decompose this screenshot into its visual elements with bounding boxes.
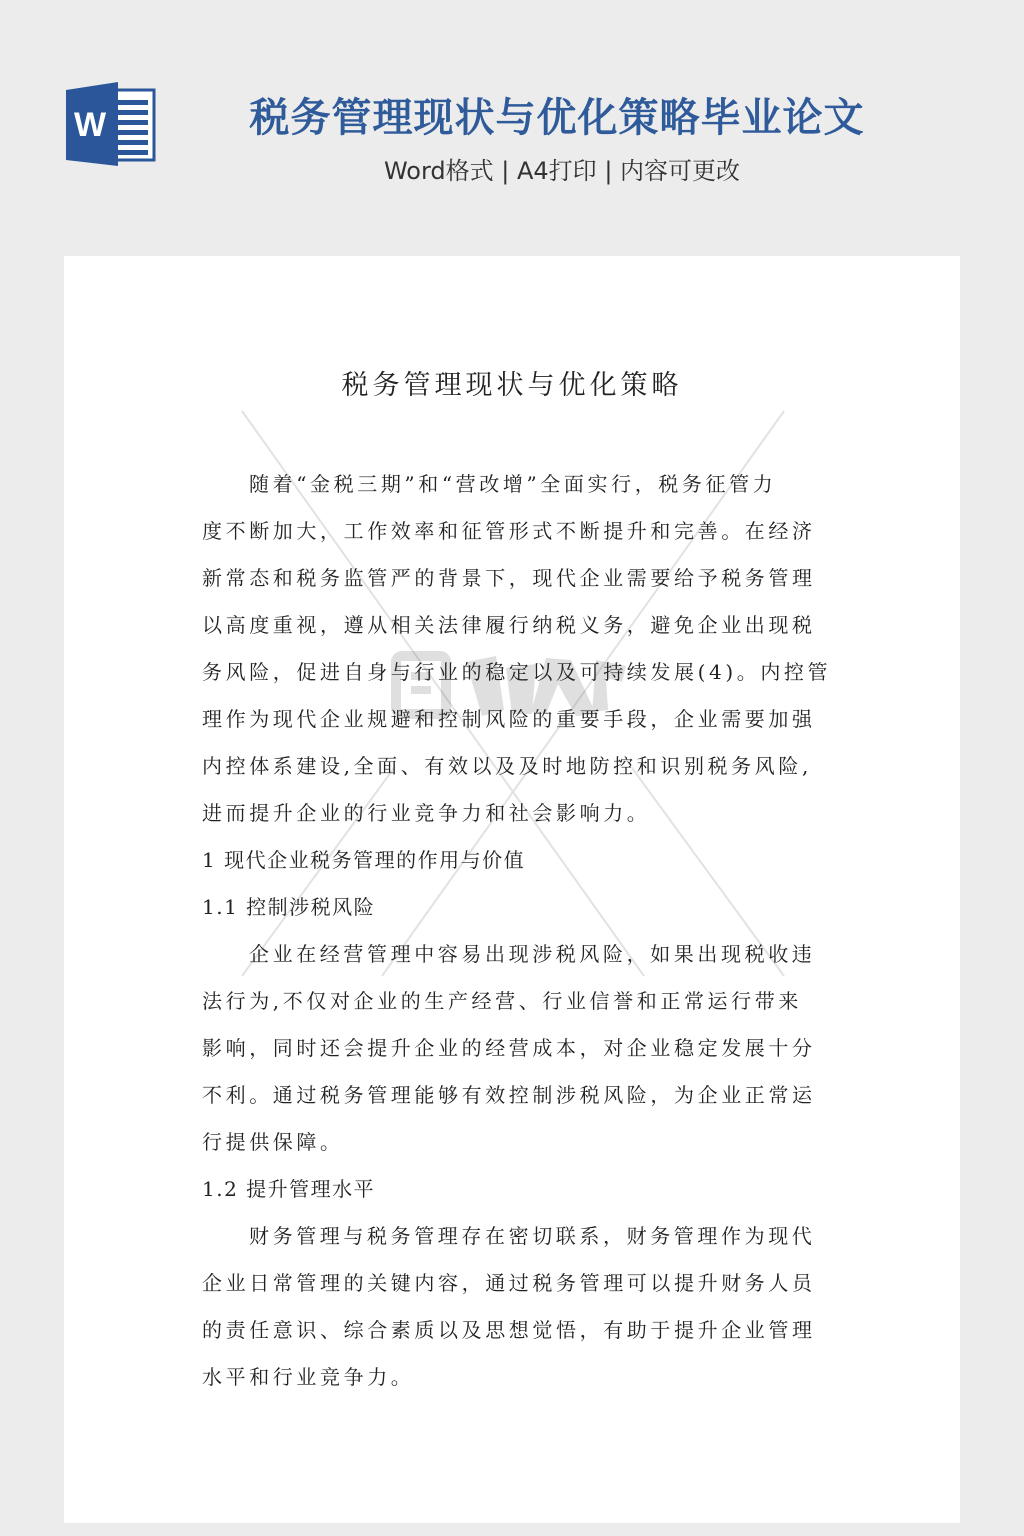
document-body: 随着“金税三期”和“营改增”全面实行，税务征管力 度不断加大，工作效率和征管形式… xyxy=(202,461,832,1401)
paragraph-line: 法行为,不仅对企业的生产经营、行业信誉和正常运行带来 xyxy=(202,978,832,1025)
paragraph-line: 财务管理与税务管理存在密切联系，财务管理作为现代 xyxy=(202,1213,832,1260)
paragraph-line: 水平和行业竞争力。 xyxy=(202,1354,832,1401)
document-page: 税务管理现状与优化策略 随着“金税三期”和“营改增”全面实行，税务征管力 度不断… xyxy=(64,256,960,1523)
paragraph-line: 的责任意识、综合素质以及思想觉悟，有助于提升企业管理 xyxy=(202,1307,832,1354)
paragraph-line: 影响，同时还会提升企业的经营成本，对企业稳定发展十分 xyxy=(202,1025,832,1072)
paragraph-line: 度不断加大，工作效率和征管形式不断提升和完善。在经济 xyxy=(202,508,832,555)
header-title: 税务管理现状与优化策略毕业论文 xyxy=(0,92,1024,144)
paragraph-line: 理作为现代企业规避和控制风险的重要手段，企业需要加强 xyxy=(202,696,832,743)
paragraph-line: 随着“金税三期”和“营改增”全面实行，税务征管力 xyxy=(202,461,832,508)
subsection-heading: 1.2 提升管理水平 xyxy=(202,1166,832,1213)
section-heading: 1 现代企业税务管理的作用与价值 xyxy=(202,837,832,884)
subsection-heading: 1.1 控制涉税风险 xyxy=(202,884,832,931)
paragraph-line: 务风险，促进自身与行业的稳定以及可持续发展(4)。内控管 xyxy=(202,649,832,696)
header-subtitle: Word格式 | A4打印 | 内容可更改 xyxy=(0,154,1024,188)
paragraph-line: 进而提升企业的行业竞争力和社会影响力。 xyxy=(202,790,832,837)
paragraph-line: 新常态和税务监管严的背景下，现代企业需要给予税务管理 xyxy=(202,555,832,602)
paragraph-line: 企业日常管理的关键内容，通过税务管理可以提升财务人员 xyxy=(202,1260,832,1307)
paragraph-line: 以高度重视，遵从相关法律履行纳税义务，避免企业出现税 xyxy=(202,602,832,649)
paragraph-line: 内控体系建设,全面、有效以及及时地防控和识别税务风险, xyxy=(202,743,832,790)
paragraph-line: 企业在经营管理中容易出现涉税风险，如果出现税收违 xyxy=(202,931,832,978)
paragraph-line: 不利。通过税务管理能够有效控制涉税风险，为企业正常运 xyxy=(202,1072,832,1119)
document-title: 税务管理现状与优化策略 xyxy=(64,366,960,406)
paragraph-line: 行提供保障。 xyxy=(202,1119,832,1166)
